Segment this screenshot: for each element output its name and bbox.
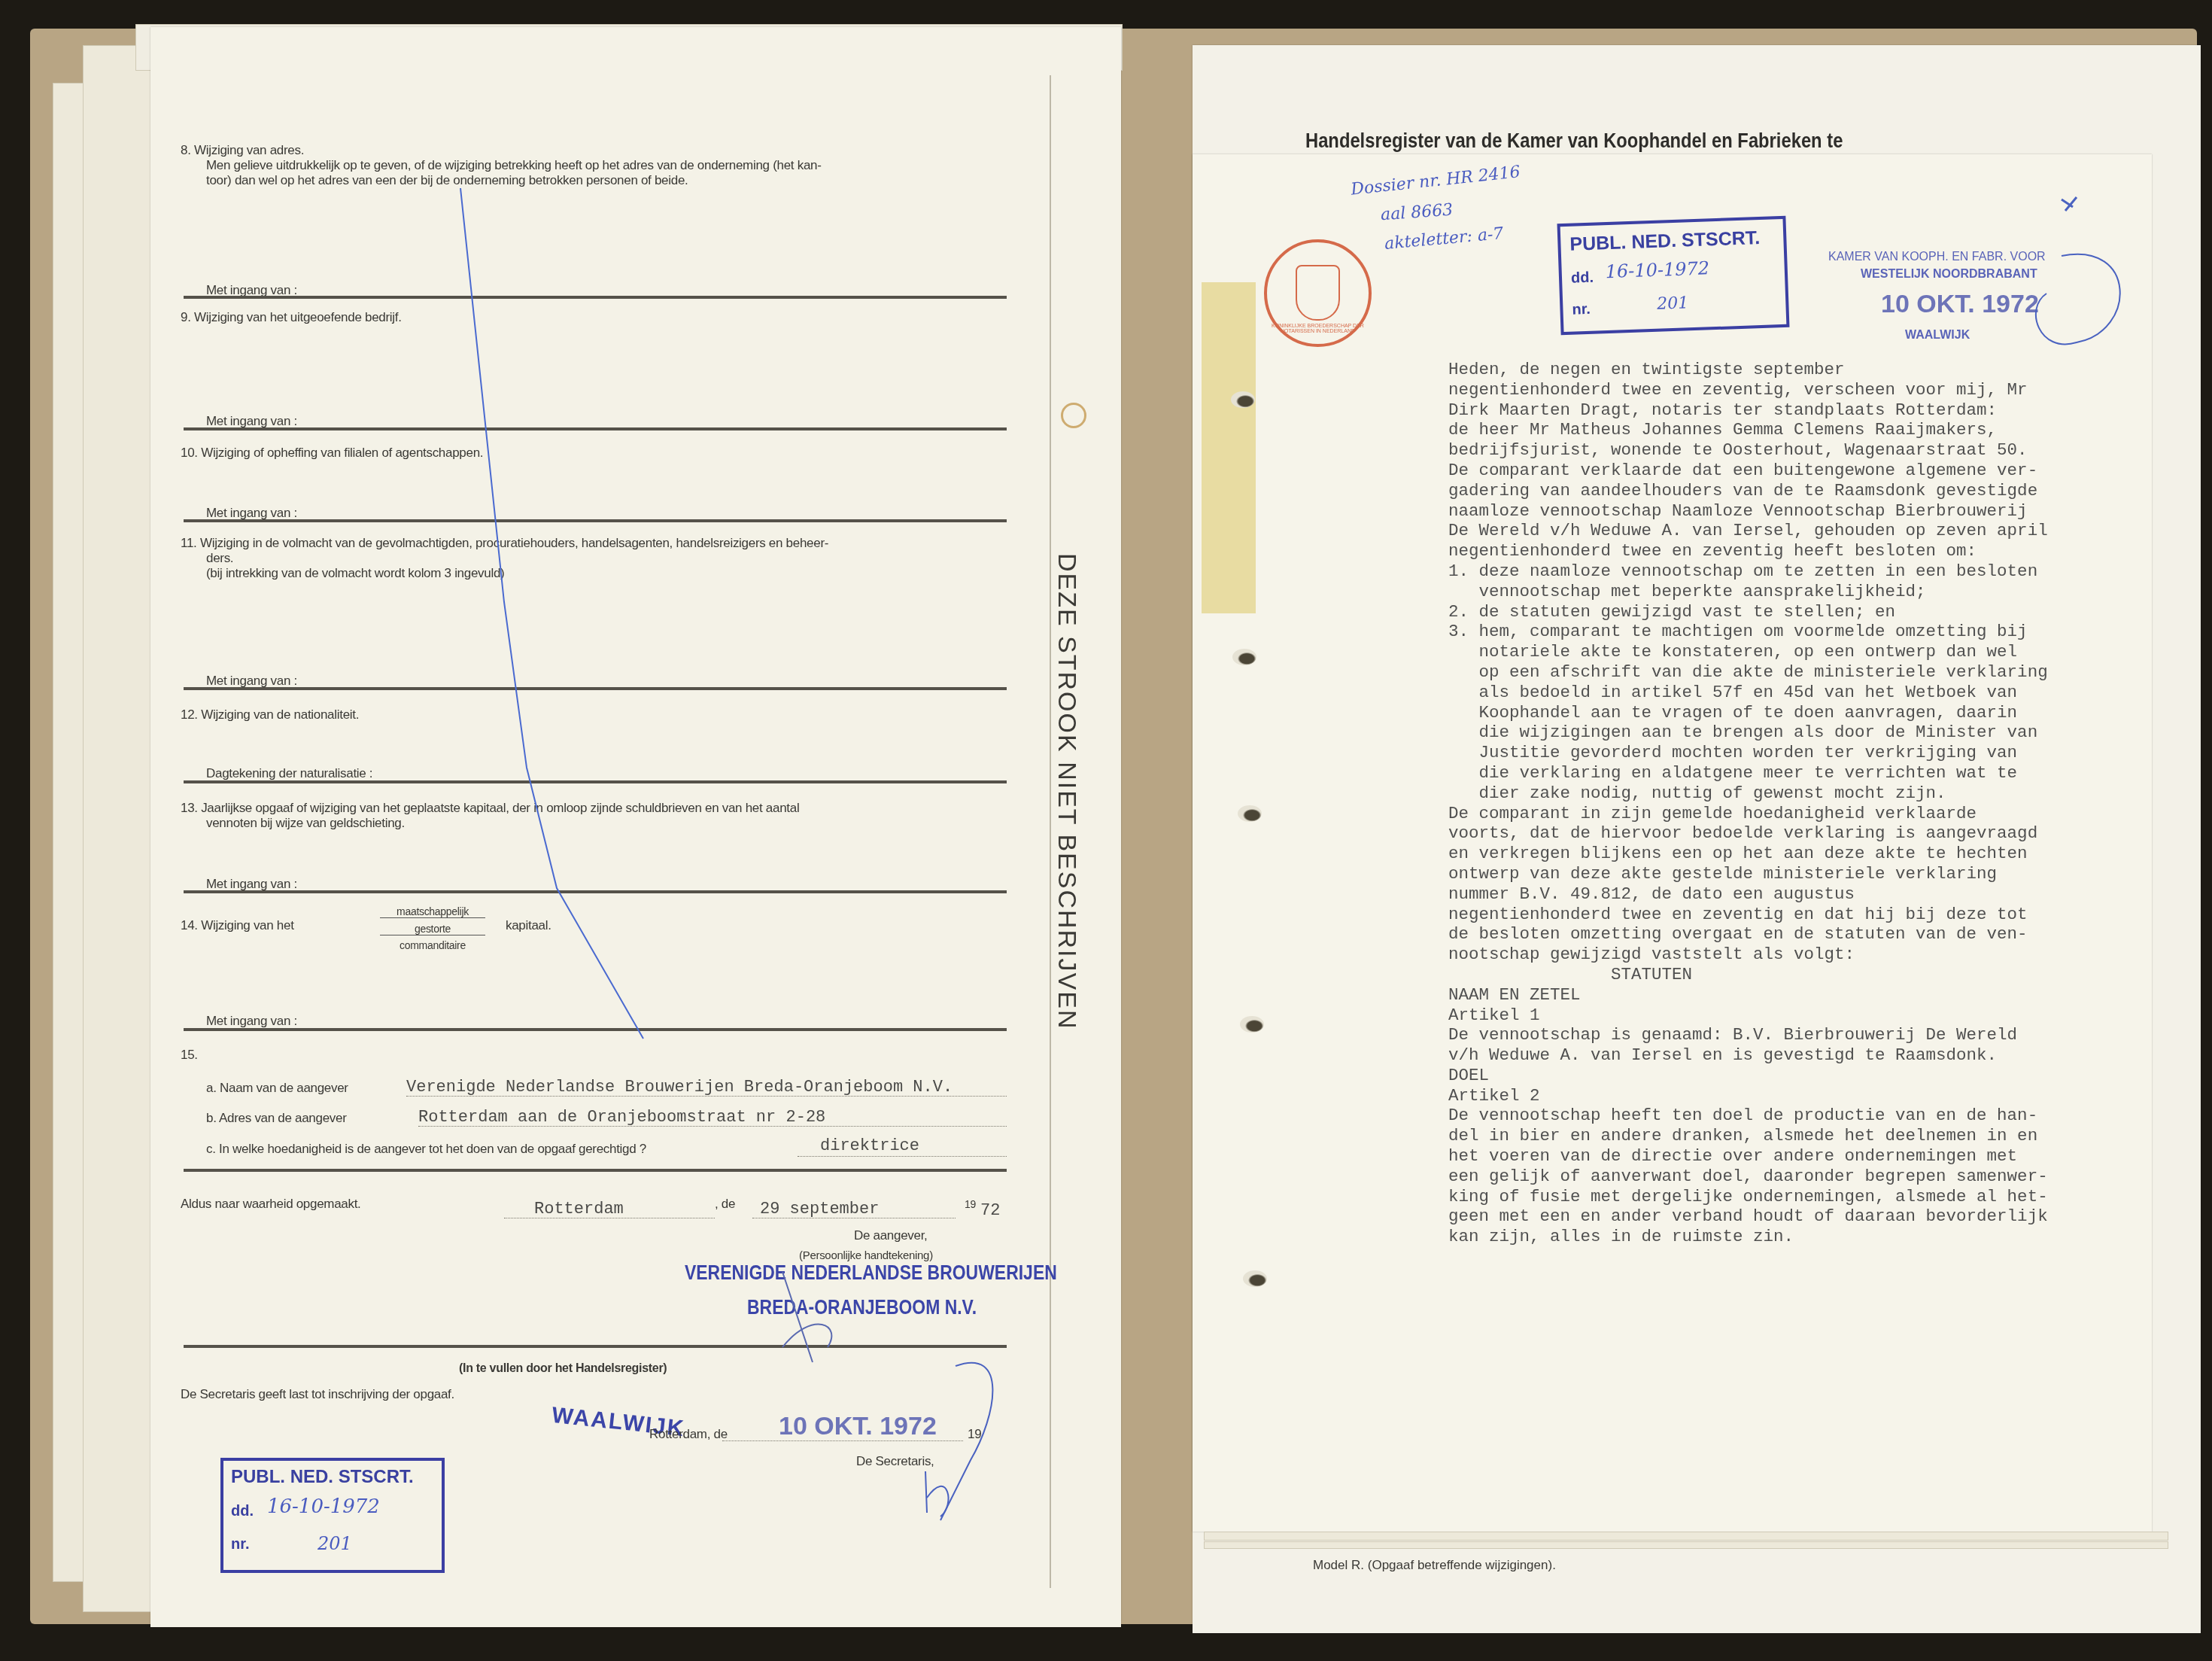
registry-note: (In te vullen door het Handelsregister)	[459, 1362, 667, 1376]
dotted-fill-line	[752, 1218, 956, 1218]
deed-line: negentienhonderd twee en zeventig en dat…	[1448, 905, 2048, 925]
signature-caption: (Persoonlijke handtekening)	[799, 1249, 933, 1262]
declarant-name-value: Verenigde Nederlandse Brouwerijen Breda-…	[406, 1078, 953, 1097]
section-13-field-label: Met ingang van :	[206, 877, 297, 892]
kvk-stamp-line-2: WESTELIJK NOORDBRABANT	[1861, 268, 2037, 281]
publ-stamp-title: PUBL. NED. STSCRT.	[1569, 227, 1761, 256]
section-divider	[184, 1345, 1007, 1348]
publ-stamp-left: PUBL. NED. STSCRT. dd. 16-10-1972 nr. 20…	[220, 1458, 445, 1573]
stacked-sheets-edge	[1204, 1541, 2168, 1549]
notary-seal: KONINKLIJKE BROEDERSCHAP DER NOTARISSEN …	[1264, 239, 1372, 347]
kvk-stamp-date: 10 OKT. 1972	[1881, 290, 2039, 319]
deed-line: dier zake nodig, nuttig of gewenst mocht…	[1448, 783, 2048, 804]
side-strip-label: DEZE STROOK NIET BESCHRIJVEN	[1052, 553, 1081, 1030]
kvk-stamp-line-1: KAMER VAN KOOPH. EN FABR. VOOR	[1828, 251, 2046, 264]
deed-line: naamloze vennootschap Naamloze Vennootsc…	[1448, 501, 2048, 522]
section-12-title: 12. Wijziging van de nationaliteit.	[181, 707, 359, 723]
deed-line: op een afschrift van die akte de ministe…	[1448, 662, 2048, 683]
deed-line: STATUTEN	[1448, 965, 2048, 985]
section-divider	[184, 780, 1007, 783]
strip-divider	[1050, 75, 1051, 1588]
deed-line: nummer B.V. 49.812, de dato een augustus	[1448, 884, 2048, 905]
deed-line: NAAM EN ZETEL	[1448, 985, 2048, 1005]
declarant-capacity-value: direktrice	[820, 1136, 919, 1155]
registry-instruction: De Secretaris geeft last tot inschrijvin…	[181, 1387, 454, 1402]
signoff-date: 29 september	[760, 1200, 879, 1218]
dotted-fill-line	[406, 1096, 1007, 1097]
deed-line: nootschap gewijzigd vaststelt als volgt:	[1448, 945, 2048, 965]
registry-place-printed: Rotterdam, de	[649, 1427, 728, 1442]
section-11-title-cont: ders.	[206, 551, 233, 566]
section-13-title-cont: vennoten bij wijze van geldschieting.	[206, 816, 405, 831]
signoff-de: , de	[715, 1197, 735, 1212]
deed-line: en verkregen blijkens een op het aan dez…	[1448, 844, 2048, 864]
declarant-address-label: b. Adres van de aangever	[206, 1111, 347, 1126]
section-9-field-label: Met ingang van :	[206, 414, 297, 429]
deed-line: een gelijk of aanverwant doel, daaronder…	[1448, 1167, 2048, 1187]
notarial-deed-text: Heden, de negen en twintigste septembern…	[1448, 360, 2048, 1247]
section-8-title: 8. Wijziging van adres.	[181, 143, 304, 158]
signoff-label: Aldus naar waarheid opgemaakt.	[181, 1197, 361, 1212]
section-14-suffix: kapitaal.	[506, 918, 551, 933]
deed-line: De Wereld v/h Weduwe A. van Iersel, geho…	[1448, 521, 2048, 541]
punch-hole	[1243, 1270, 1267, 1287]
deed-line: 2. de statuten gewijzigd vast te stellen…	[1448, 602, 2048, 622]
form-model-caption: Model R. (Opgaaf betreffende wijzigingen…	[1313, 1558, 1556, 1573]
punch-hole	[1238, 805, 1262, 822]
signoff-century: 19	[965, 1198, 976, 1210]
deed-line: del in bier en andere dranken, alsmede h…	[1448, 1126, 2048, 1146]
deed-line: die verklaring en aldatgene meer te verr…	[1448, 763, 2048, 783]
company-stamp-line-2: BREDA-ORANJEBOOM N.V.	[747, 1296, 977, 1319]
capital-option-maatschappelijk: maatschappelijk	[380, 905, 485, 918]
deed-line: de heer Mr Matheus Johannes Gemma Clemen…	[1448, 420, 2048, 440]
company-stamp-line-1: VERENIGDE NEDERLANDSE BROUWERIJEN	[685, 1261, 1057, 1285]
section-12-field-label: Dagtekening der naturalisatie :	[206, 766, 372, 781]
deed-line: de besloten omzetting overgaat en de sta…	[1448, 924, 2048, 945]
section-15-number: 15.	[181, 1048, 198, 1063]
seal-text: KONINKLIJKE BROEDERSCHAP DER NOTARISSEN …	[1267, 324, 1369, 334]
registry-date-stamp: 10 OKT. 1972	[779, 1412, 937, 1441]
deed-line: notariele akte te konstateren, op een on…	[1448, 642, 2048, 662]
dotted-fill-line	[418, 1126, 1007, 1127]
section-10-field-label: Met ingang van :	[206, 506, 297, 521]
declarant-address-value: Rotterdam aan de Oranjeboomstraat nr 2-2…	[418, 1108, 825, 1127]
deed-line: DOEL	[1448, 1066, 2048, 1086]
deed-line: 3. hem, comparant te machtigen om voorme…	[1448, 622, 2048, 642]
publ-stamp-dd-value: 16-10-1972	[267, 1495, 380, 1518]
crest-icon	[1296, 265, 1340, 321]
deed-line: ontwerp van deze akte gestelde ministeri…	[1448, 864, 2048, 884]
dotted-fill-line	[798, 1156, 1007, 1157]
section-divider	[184, 687, 1007, 690]
deed-line: kan zijn, alles in de ruimste zin.	[1448, 1227, 2048, 1247]
deed-line: v/h Weduwe A. van Iersel en is gevestigd…	[1448, 1045, 2048, 1066]
section-13-title: 13. Jaarlijkse opgaaf of wijziging van h…	[181, 801, 799, 816]
deed-line: De comparant in zijn gemelde hoedanighei…	[1448, 804, 2048, 824]
declarant-name-label: a. Naam van de aangever	[206, 1081, 348, 1096]
secretary-caption: De Secretaris,	[856, 1454, 934, 1469]
publ-stamp-dd-label: dd.	[1571, 269, 1594, 287]
deed-line: voorts, dat de hiervoor bedoelde verklar…	[1448, 823, 2048, 844]
stain-ring	[1061, 403, 1086, 428]
punch-hole	[1231, 391, 1255, 408]
deed-line: negentienhonderd twee en zeventig, versc…	[1448, 380, 2048, 400]
publ-stamp-title: PUBL. NED. STSCRT.	[231, 1467, 414, 1488]
section-divider	[184, 1028, 1007, 1031]
publ-stamp-dd-value: 16-10-1972	[1605, 257, 1709, 282]
deed-line: gadering van aandeelhouders van de te Ra…	[1448, 481, 2048, 501]
signoff-year: 72	[980, 1201, 1000, 1220]
publ-stamp-nr-label: nr.	[1572, 301, 1591, 319]
declarant-caption: De aangever,	[854, 1228, 928, 1243]
signoff-place: Rotterdam	[534, 1200, 624, 1218]
deed-line: Dirk Maarten Dragt, notaris ter standpla…	[1448, 400, 2048, 421]
section-divider	[184, 519, 1007, 522]
deed-line: Heden, de negen en twintigste september	[1448, 360, 2048, 380]
stacked-sheets-edge	[1204, 1532, 2168, 1541]
deed-line: het voeren van de directie over andere o…	[1448, 1146, 2048, 1167]
deed-line: De vennootschap is genaamd: B.V. Bierbro…	[1448, 1025, 2048, 1045]
registry-century: 19	[968, 1427, 981, 1442]
section-11-title: 11. Wijziging in de volmacht van de gevo…	[181, 536, 828, 551]
deed-line: geen met een en ander verband houdt of d…	[1448, 1206, 2048, 1227]
dotted-fill-line	[504, 1218, 715, 1218]
section-10-title: 10. Wijziging of opheffing van filialen …	[181, 446, 483, 461]
publ-stamp-nr-label: nr.	[231, 1536, 249, 1553]
declarant-capacity-label: c. In welke hoedanigheid is de aangever …	[206, 1142, 646, 1157]
punch-hole	[1240, 1016, 1264, 1033]
deed-line: Artikel 2	[1448, 1086, 2048, 1106]
capital-option-gestorte: gestorte	[380, 923, 485, 935]
section-14-title: 14. Wijziging van het	[181, 918, 294, 933]
section-8-note-cont: toor) dan wel op het adres van een der b…	[206, 173, 688, 188]
deed-line: 1. deze naamloze vennootschap om te zett…	[1448, 561, 2048, 582]
section-8-note: Men gelieve uitdrukkelijk op te geven, o…	[206, 158, 822, 173]
deed-line: Justitie gevorderd mochten worden ter ve…	[1448, 743, 2048, 763]
deed-line: bedrijfsjurist, wonende te Oosterhout, W…	[1448, 440, 2048, 461]
registry-heading: Handelsregister van de Kamer van Koophan…	[1305, 129, 1843, 153]
deed-line: vennootschap met beperkte aansprakelijkh…	[1448, 582, 2048, 602]
section-divider	[184, 296, 1007, 299]
deed-line: king of fusie met dergelijke onderneming…	[1448, 1187, 2048, 1207]
deed-line: die wijzigingen aan te brengen als door …	[1448, 723, 2048, 743]
publ-stamp-dd-label: dd.	[231, 1503, 254, 1520]
deed-line: Artikel 1	[1448, 1005, 2048, 1026]
publ-stamp-right: PUBL. NED. STSCRT. dd. 16-10-1972 nr. 20…	[1557, 216, 1790, 336]
deed-line: De comparant verklaarde dat een buitenge…	[1448, 461, 2048, 481]
section-11-field-label: Met ingang van :	[206, 674, 297, 689]
section-11-note: (bij intrekking van de volmacht wordt ko…	[206, 566, 504, 581]
kvk-stamp-place: WAALWIJK	[1905, 329, 1970, 342]
deed-line: De vennootschap heeft ten doel de produc…	[1448, 1106, 2048, 1126]
adhesive-tape	[1202, 282, 1256, 613]
section-divider	[184, 1169, 1007, 1172]
capital-option-commanditaire: commanditaire	[380, 939, 485, 951]
deed-line: Koophandel aan te vragen of te doen aanv…	[1448, 703, 2048, 723]
publ-stamp-nr-value: 201	[318, 1533, 352, 1554]
publ-stamp-nr-value: 201	[1657, 294, 1689, 313]
section-14-field-label: Met ingang van :	[206, 1014, 297, 1029]
deed-line: als bedoeld in artikel 57f en 45d van he…	[1448, 683, 2048, 703]
section-9-title: 9. Wijziging van het uitgeoefende bedrij…	[181, 310, 402, 325]
section-divider	[184, 427, 1007, 430]
deed-line: negentienhonderd twee en zeventig heeft …	[1448, 541, 2048, 561]
section-divider	[184, 890, 1007, 893]
punch-hole	[1232, 649, 1256, 665]
